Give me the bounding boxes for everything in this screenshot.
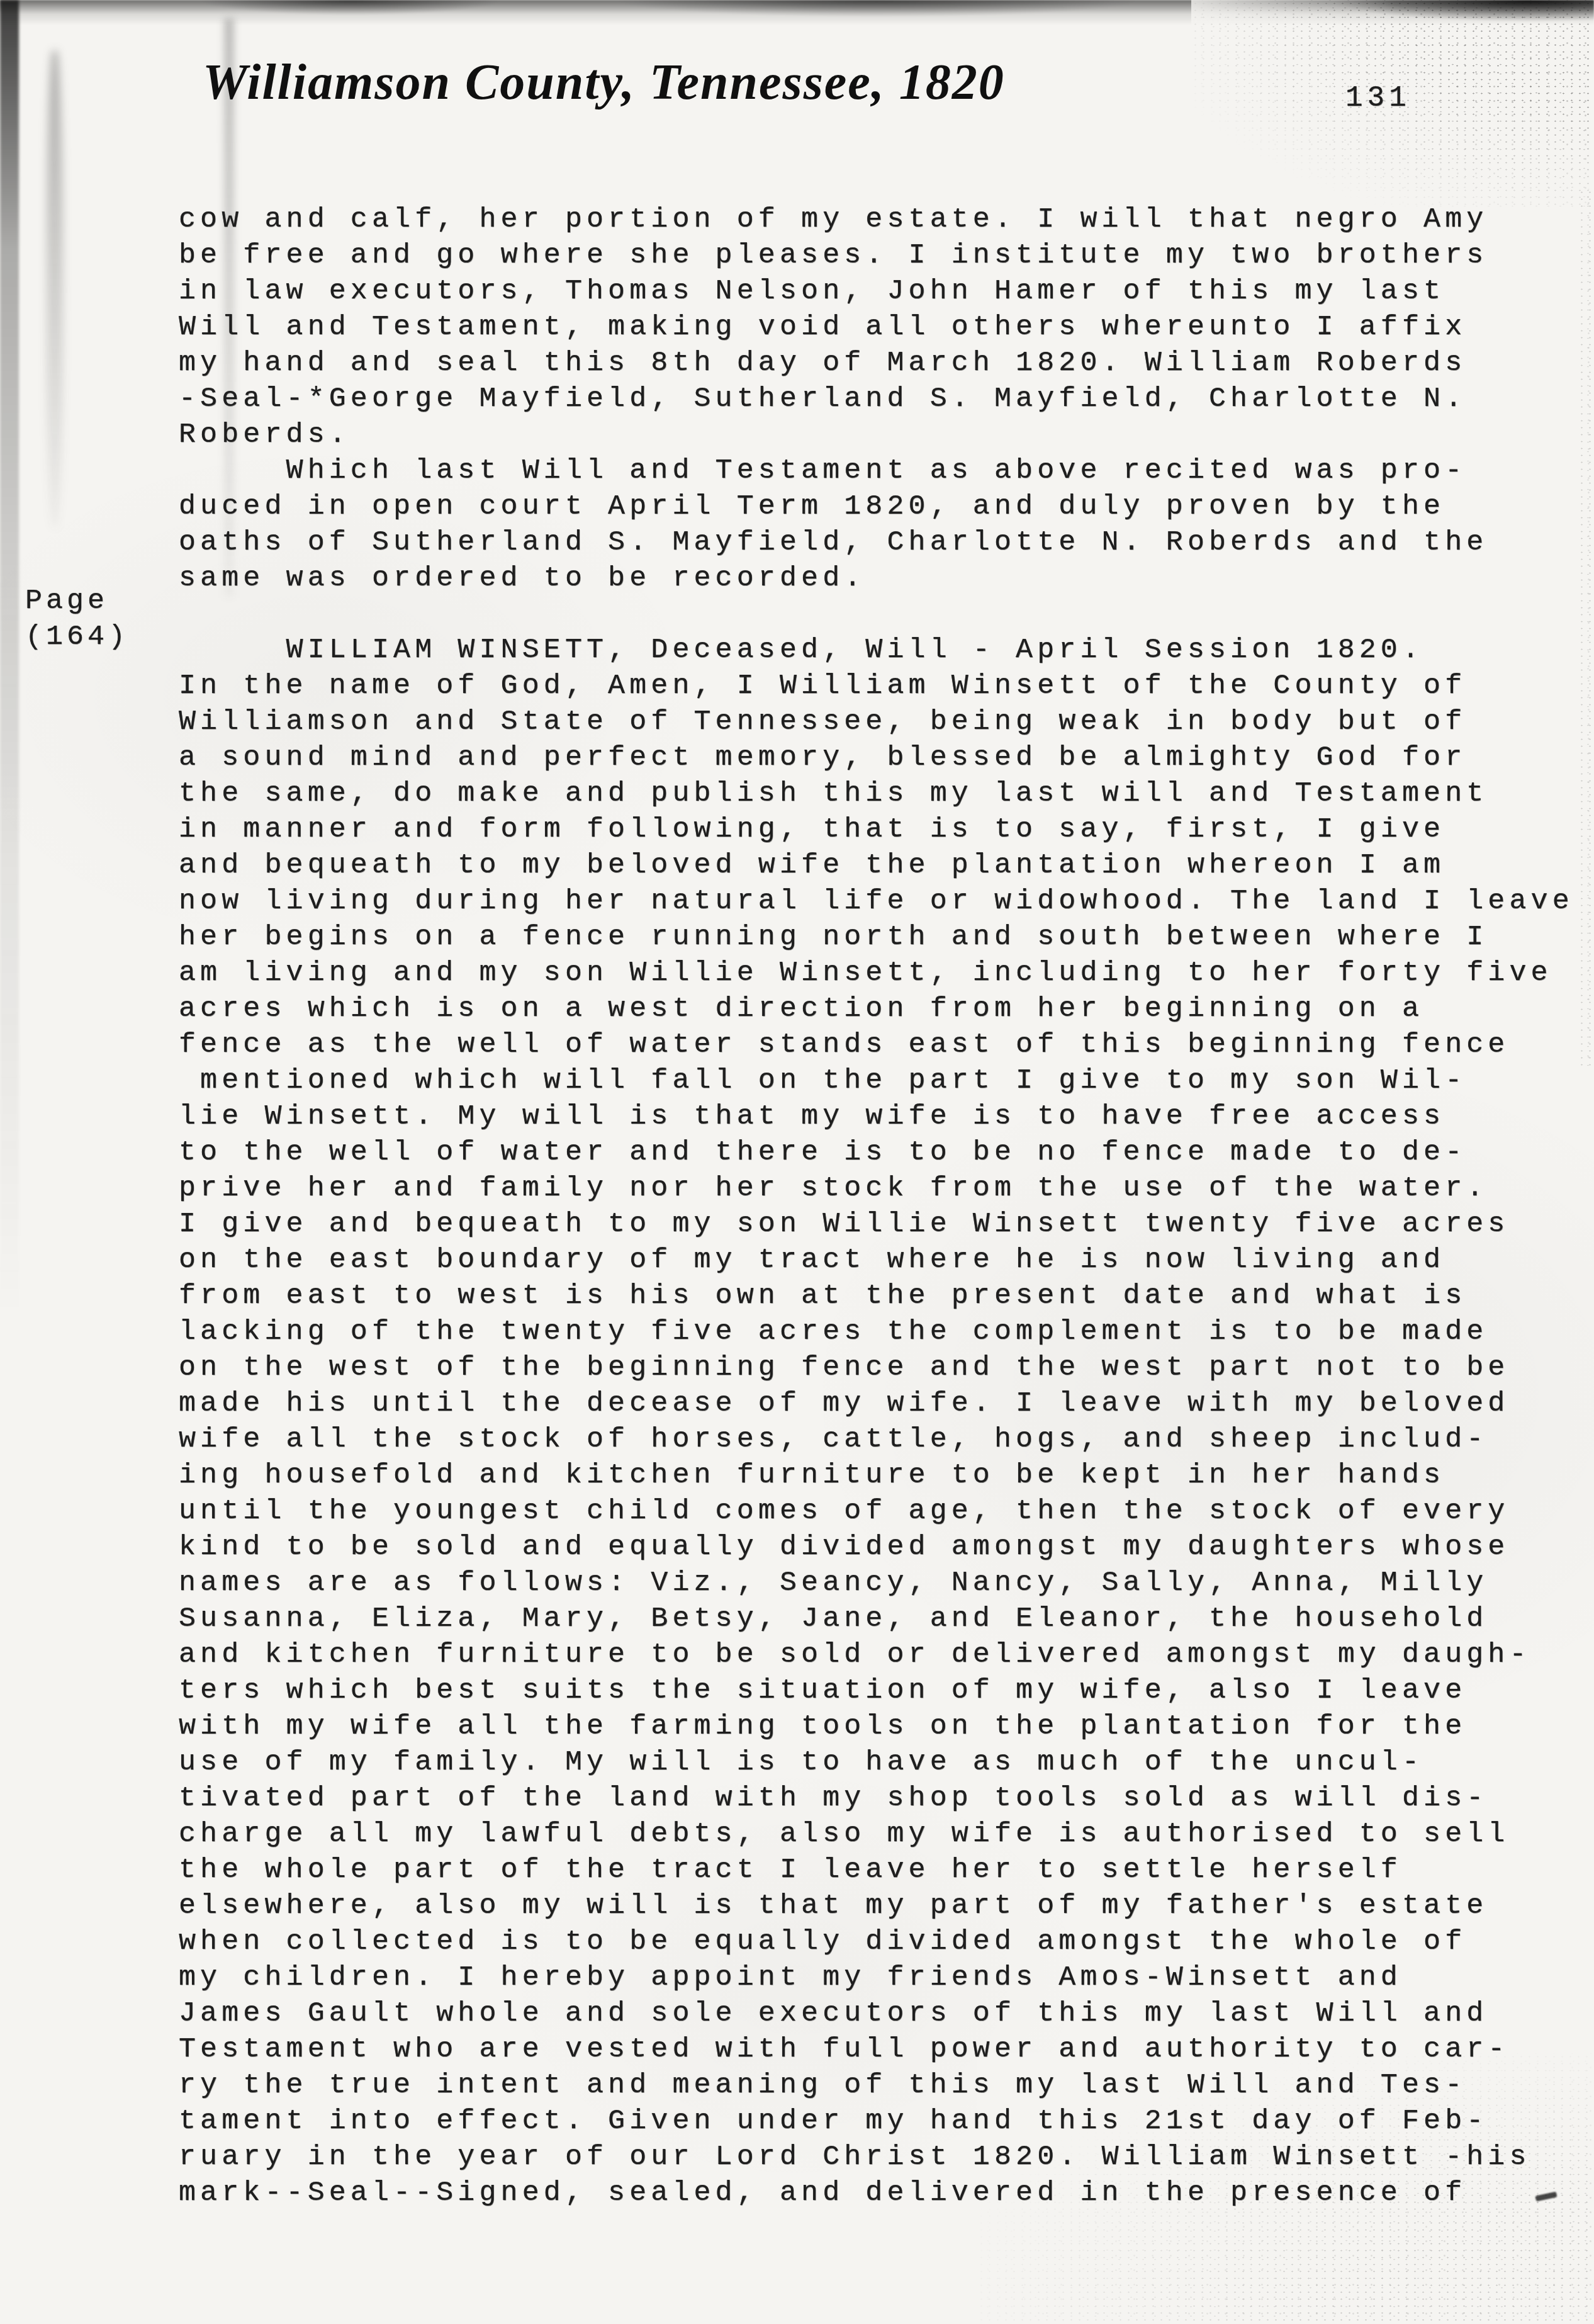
scan-streak-left-margin [47,50,63,529]
scan-noise-top-edge [0,0,1594,25]
margin-note-page-164: Page (164) [25,583,129,655]
paragraph-roberds-probate: Which last Will and Testament as above r… [179,453,1588,596]
page-title: Williamson County, Tennessee, 1820 [203,54,1005,111]
page-number: 131 [1345,82,1411,115]
scanned-document-page: Williamson County, Tennessee, 1820 131 P… [0,0,1594,2324]
paragraph-winsett-will: WILLIAM WINSETT, Deceased, Will - April … [179,632,1588,2211]
scan-noise-left-edge [0,0,19,1385]
paragraph-roberds-will-conclusion: cow and calf, her portion of my estate. … [179,201,1588,453]
document-body: cow and calf, her portion of my estate. … [179,201,1588,2211]
